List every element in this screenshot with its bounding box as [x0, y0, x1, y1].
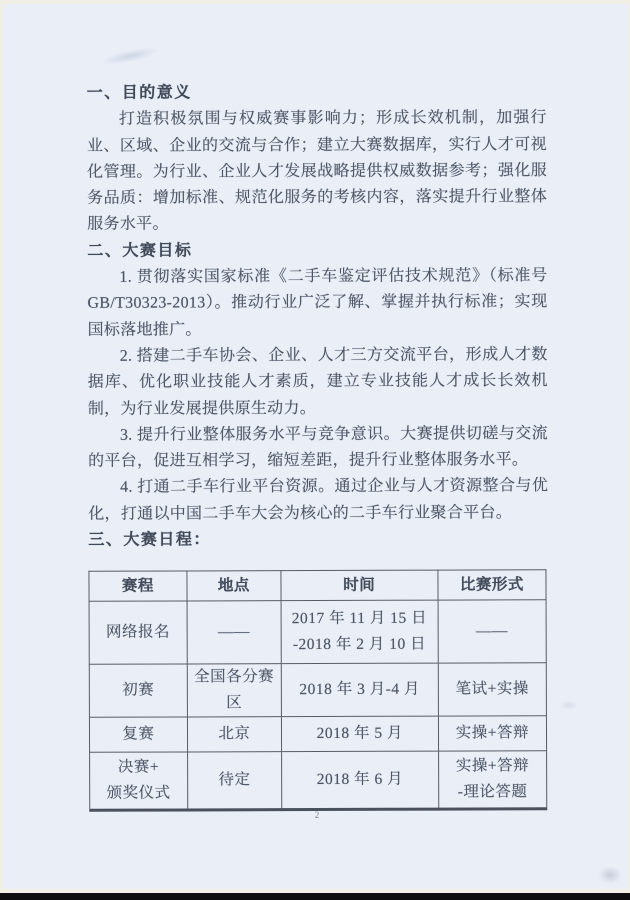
schedule-table-body: 网络报名——2017 年 11 月 15 日 -2018 年 2 月 10 日—…	[89, 600, 547, 811]
table-cell: 2018 年 3 月-4 月	[281, 663, 438, 717]
table-cell: 网络报名	[89, 601, 187, 664]
scan-smudge-artifact	[560, 700, 578, 710]
table-cell: 复赛	[89, 717, 187, 752]
paragraph: 打造积极氛围与权威赛事影响力；形成长效机制，加强行业、区域、企业的交流与合作；建…	[87, 105, 547, 238]
table-cell: 2018 年 6 月	[282, 751, 439, 810]
document-content: 一、目的意义打造积极氛围与权威赛事影响力；形成长效机制，加强行业、区域、企业的交…	[87, 79, 550, 812]
scan-edge-shadow	[0, 893, 630, 900]
table-cell: 笔试+实操	[438, 663, 546, 716]
table-header-cell: 赛程	[89, 571, 187, 601]
table-cell: 2018 年 5 月	[281, 716, 438, 752]
scanned-document-page: { "page": { "page_number": "2", "section…	[0, 0, 630, 900]
table-cell: 全国各分赛区	[187, 664, 281, 717]
table-header-cell: 时间	[281, 570, 438, 601]
table-header-cell: 比赛形式	[438, 570, 546, 600]
page-number: 2	[88, 810, 546, 820]
section-heading: 一、目的意义	[87, 79, 547, 107]
table-cell: 2017 年 11 月 15 日 -2018 年 2 月 10 日	[281, 600, 438, 664]
table-cell: ——	[438, 600, 547, 663]
table-cell: 待定	[187, 752, 281, 810]
table-row: 网络报名——2017 年 11 月 15 日 -2018 年 2 月 10 日—…	[89, 600, 546, 665]
table-cell: ——	[187, 601, 281, 664]
document-body: 一、目的意义打造积极氛围与权威赛事影响力；形成长效机制，加强行业、区域、企业的交…	[87, 79, 549, 554]
scan-smudge-artifact	[598, 866, 622, 884]
paragraph: 1. 贯彻落实国家标准《二手车鉴定评估技术规范》（标准号GB/T30323-20…	[87, 263, 547, 343]
section-heading: 三、大赛日程：	[88, 526, 548, 554]
table-header-row: 赛程地点时间比赛形式	[89, 570, 546, 602]
table-cell: 决赛+ 颁奖仪式	[90, 752, 188, 810]
table-cell: 实操+答辩 -理论答题	[438, 751, 547, 809]
paragraph: 2. 搭建二手车协会、企业、人才三方交流平台，形成人才数据库、优化职业技能人才素…	[88, 342, 548, 422]
table-row: 初赛全国各分赛区2018 年 3 月-4 月笔试+实操	[89, 663, 546, 718]
table-row: 复赛北京2018 年 5 月实操+答辩	[89, 716, 546, 753]
table-header-cell: 地点	[187, 571, 281, 601]
schedule-table-header: 赛程地点时间比赛形式	[89, 570, 546, 602]
paragraph: 4. 打通二手车行业平台资源。通过企业与人才资源整合与优化，打通以中国二手车大会…	[88, 474, 548, 528]
schedule-table: 赛程地点时间比赛形式 网络报名——2017 年 11 月 15 日 -2018 …	[88, 570, 547, 813]
paragraph: 3. 提升行业整体服务水平与竞争意识。大赛提供切磋与交流的平台，促进互相学习，缩…	[88, 421, 548, 475]
table-row: 决赛+ 颁奖仪式待定2018 年 6 月实操+答辩 -理论答题	[90, 751, 547, 811]
section-heading: 二、大赛目标	[87, 237, 547, 265]
table-cell: 初赛	[89, 664, 187, 717]
table-cell: 实操+答辩	[438, 716, 546, 751]
table-cell: 北京	[187, 717, 281, 752]
